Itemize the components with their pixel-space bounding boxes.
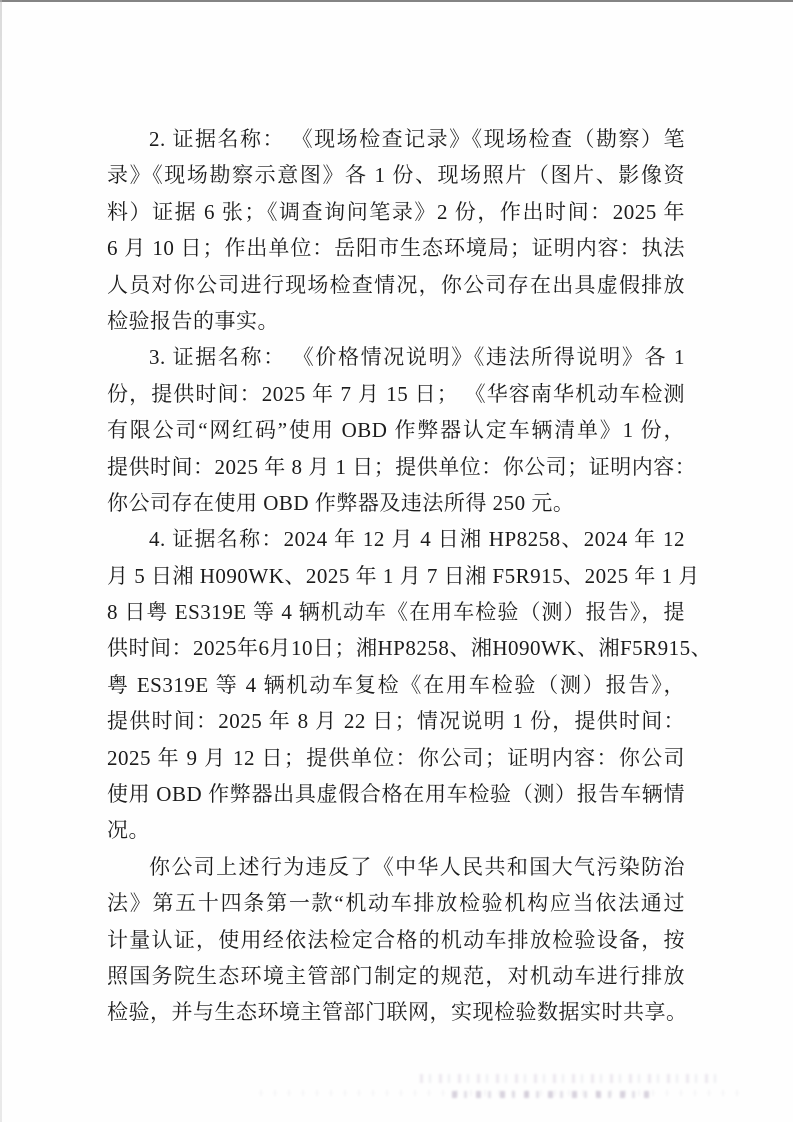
text-line: 2. 证据名称： 《现场检查记录》《现场检查（勘察）笔 — [107, 121, 685, 157]
text-line: 检验，并与生态环境主管部门联网，实现检验数据实时共享。 — [107, 994, 685, 1030]
text-line: 况。 — [107, 812, 685, 848]
text-line: 有限公司“网红码”使用 OBD 作弊器认定车辆清单》1 份， — [107, 412, 685, 448]
text-line: 3. 证据名称： 《价格情况说明》《违法所得说明》各 1 — [107, 339, 685, 375]
text-line: 你公司上述行为违反了《中华人民共和国大气污染防治 — [107, 849, 685, 885]
text-line: 计量认证，使用经依法检定合格的机动车排放检验设备，按 — [107, 922, 685, 958]
text-line: 粤 ES319E 等 4 辆机动车复检《在用车检验（测）报告》， — [107, 667, 685, 703]
scan-left-edge-shadow — [0, 0, 2, 1122]
text-line: 月 5 日湘 H090WK、2025 年 1 月 7 日湘 F5R915、202… — [107, 558, 685, 594]
text-line: 2025 年 9 月 12 日；提供单位：你公司；证明内容：你公司 — [107, 740, 685, 776]
text-line: 提供时间：2025 年 8 月 22 日；情况说明 1 份，提供时间： — [107, 703, 685, 739]
text-line: 照国务院生态环境主管部门制定的规范，对机动车进行排放 — [107, 958, 685, 994]
paragraph-evidence-item-4: 4. 证据名称：2024 年 12 月 4 日湘 HP8258、2024 年 1… — [107, 521, 685, 849]
text-line: 你公司存在使用 OBD 作弊器及违法所得 250 元。 — [107, 485, 685, 521]
paragraph-evidence-item-2: 2. 证据名称： 《现场检查记录》《现场检查（勘察）笔录》《现场勘察示意图》各 … — [107, 121, 685, 339]
text-line: 使用 OBD 作弊器出具虚假合格在用车检验（测）报告车辆情 — [107, 776, 685, 812]
document-body-text: 2. 证据名称： 《现场检查记录》《现场检查（勘察）笔录》《现场勘察示意图》各 … — [107, 121, 685, 1031]
paragraph-violation-statement: 你公司上述行为违反了《中华人民共和国大气污染防治法》第五十四条第一款“机动车排放… — [107, 849, 685, 1031]
scan-noise-streak — [260, 1090, 740, 1096]
text-line: 人员对你公司进行现场检查情况，你公司存在出具虚假排放 — [107, 267, 685, 303]
text-line: 供时间：2025年6月10日；湘HP8258、湘H090WK、湘F5R915、 — [107, 630, 685, 666]
text-line: 份，提供时间：2025 年 7 月 15 日； 《华容南华机动车检测 — [107, 376, 685, 412]
text-line: 录》《现场勘察示意图》各 1 份、现场照片（图片、影像资 — [107, 157, 685, 193]
text-line: 4. 证据名称：2024 年 12 月 4 日湘 HP8258、2024 年 1… — [107, 521, 685, 557]
scan-noise-streak — [420, 1074, 720, 1083]
paragraph-evidence-item-3: 3. 证据名称： 《价格情况说明》《违法所得说明》各 1份，提供时间：2025 … — [107, 339, 685, 521]
text-line: 检验报告的事实。 — [107, 303, 685, 339]
scan-noise-streak — [452, 1091, 652, 1098]
scan-top-edge-line — [0, 0, 793, 2]
text-line: 料）证据 6 张；《调查询问笔录》2 份，作出时间：2025 年 — [107, 194, 685, 230]
text-line: 6 月 10 日；作出单位：岳阳市生态环境局；证明内容：执法 — [107, 230, 685, 266]
text-line: 法》第五十四条第一款“机动车排放检验机构应当依法通过 — [107, 885, 685, 921]
document-page: 2. 证据名称： 《现场检查记录》《现场检查（勘察）笔录》《现场勘察示意图》各 … — [0, 0, 793, 1122]
text-line: 提供时间：2025 年 8 月 1 日；提供单位：你公司；证明内容： — [107, 449, 685, 485]
text-line: 8 日粤 ES319E 等 4 辆机动车《在用车检验（测）报告》，提 — [107, 594, 685, 630]
